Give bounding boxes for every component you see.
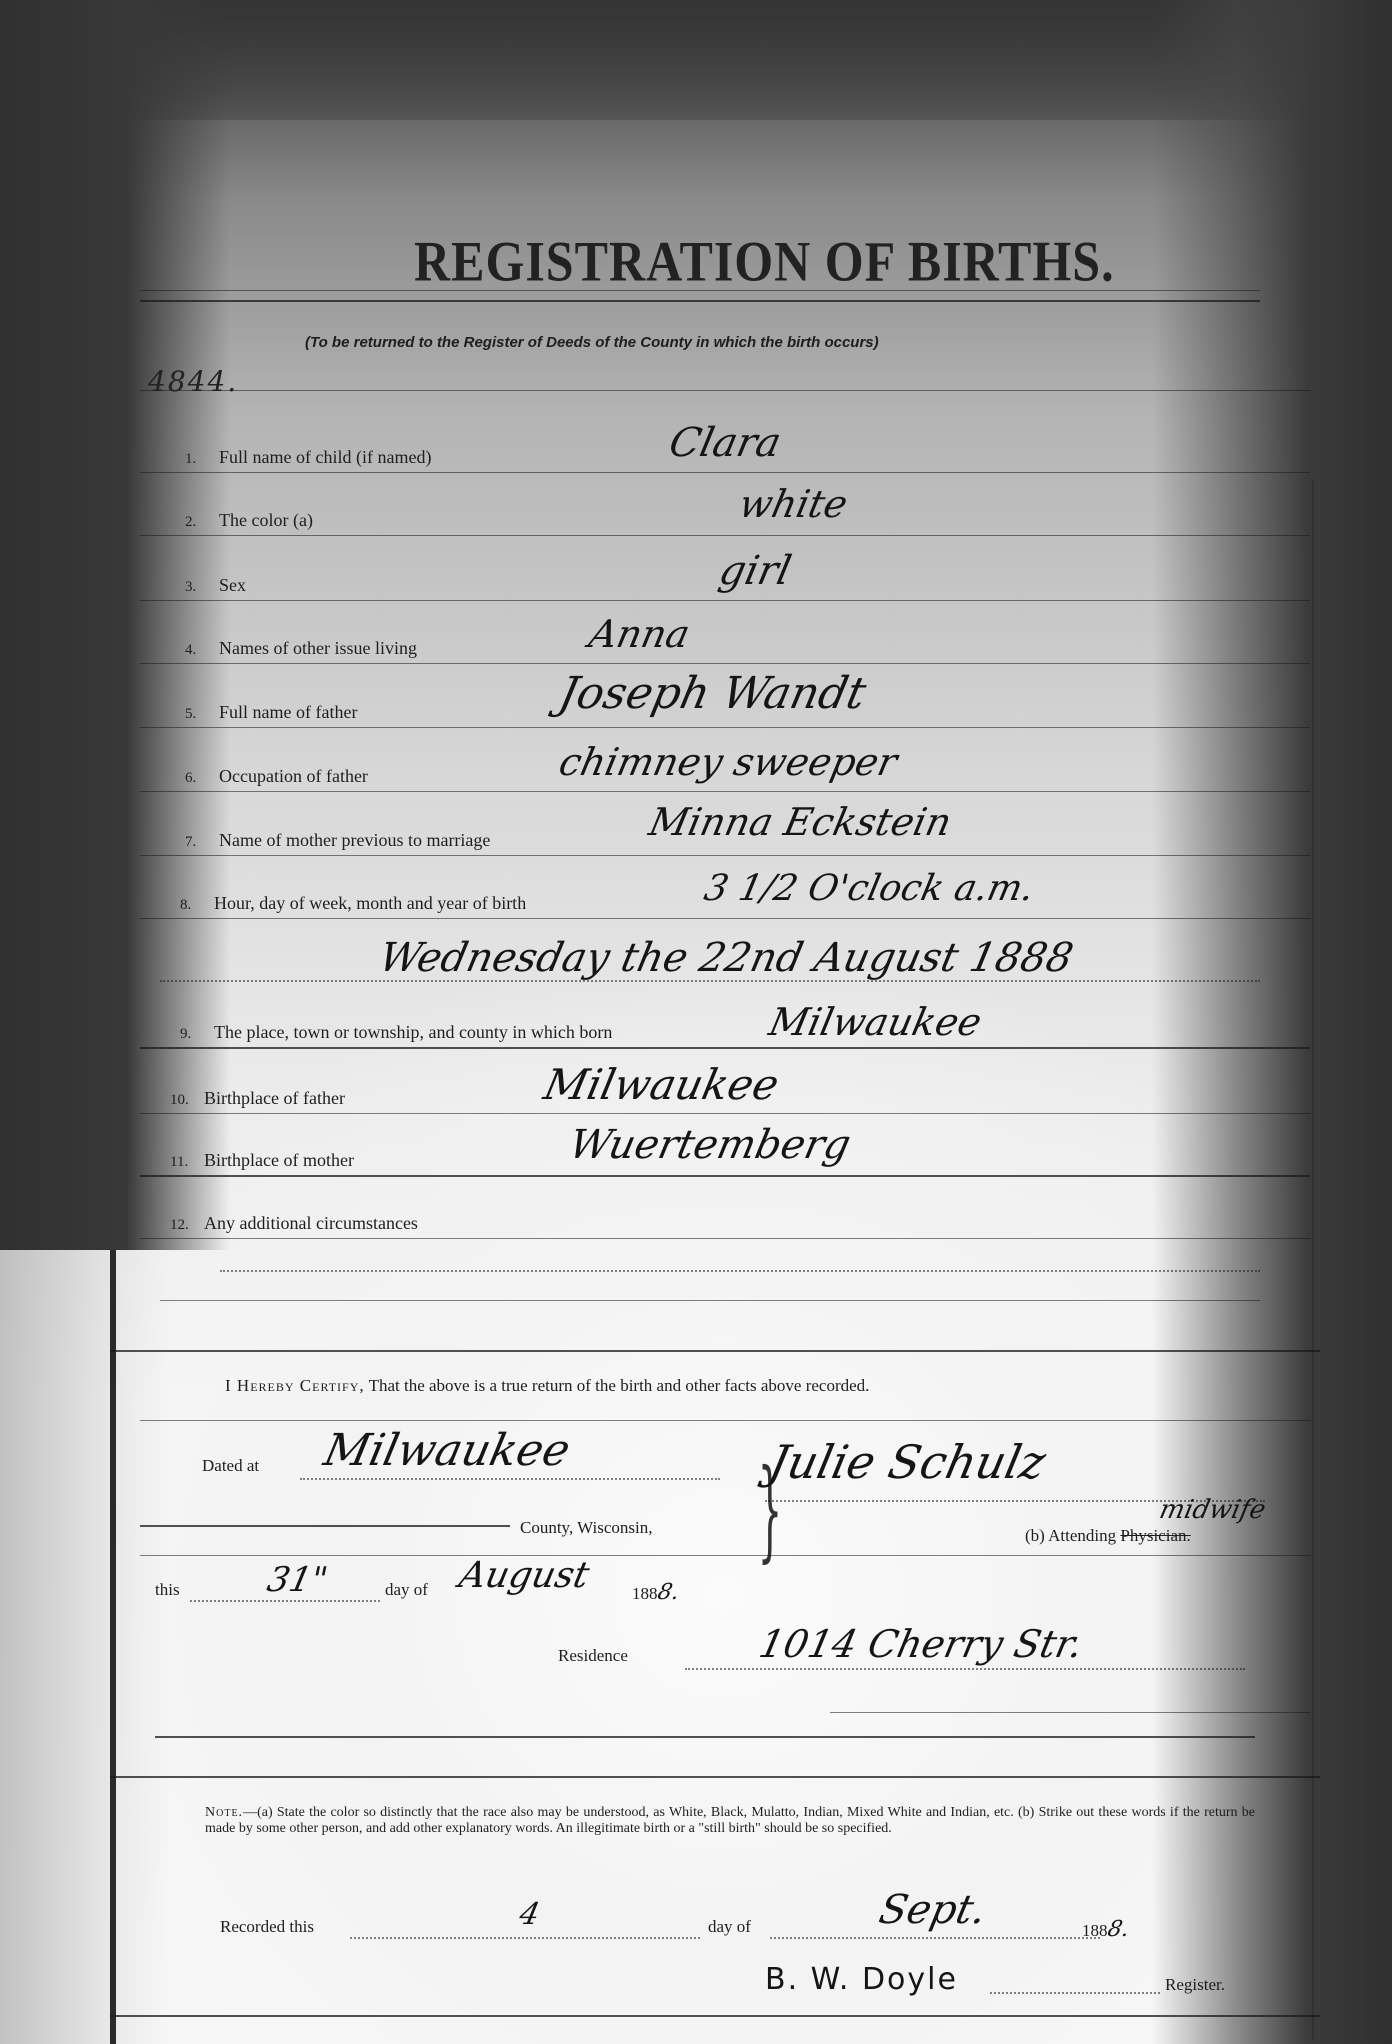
ruled-line: [830, 1712, 1310, 1713]
register-signature: B. W. Doyle: [765, 1962, 958, 1997]
attending-role: (b) Attending Physician.: [1025, 1526, 1191, 1546]
cert-month-value: August: [456, 1555, 593, 1596]
scan-shadow-left: [0, 0, 230, 1250]
margin-line: [1312, 480, 1314, 2040]
field-color: 2.The color (a): [185, 510, 313, 531]
field-child-name: 1.Full name of child (if named): [185, 447, 431, 468]
document-subtitle: (To be returned to the Register of Deeds…: [305, 334, 879, 351]
fold-line: [110, 1250, 116, 2044]
signature-attendant: Julie Schulz: [764, 1435, 1050, 1489]
ruled-line: [140, 535, 1310, 536]
value-birth-hour: 3 1/2 O'clock a.m.: [701, 868, 1038, 909]
footnote: Note.—(a) State the color so distinctly …: [205, 1805, 1255, 1837]
value-child-name: Clara: [665, 420, 785, 466]
ruled-line: [140, 1525, 510, 1527]
ruled-line: [140, 1238, 1310, 1239]
form-number: 4844.: [148, 365, 238, 398]
field-other-issue: 4.Names of other issue living: [185, 638, 417, 659]
dotted-line: [350, 1937, 700, 1939]
ruled-line: [160, 1300, 1260, 1301]
recorded-year: 1888.: [1082, 1917, 1129, 1942]
section-divider: [110, 1776, 1320, 1778]
this-label: this: [155, 1580, 180, 1600]
ruled-line: [140, 855, 1310, 856]
dotted-line: [190, 1600, 380, 1602]
field-father-name: 5.Full name of father: [185, 702, 357, 723]
field-mother-maiden-name: 7.Name of mother previous to marriage: [185, 830, 490, 851]
field-birth-place: 9.The place, town or township, and count…: [180, 1022, 612, 1043]
dotted-line: [160, 980, 1260, 982]
recorded-day-of-label: day of: [708, 1917, 751, 1937]
ruled-line: [140, 1113, 1310, 1114]
field-birth-time: 8.Hour, day of week, month and year of b…: [180, 893, 526, 914]
register-label: Register.: [1165, 1975, 1225, 1995]
day-of-label: day of: [385, 1580, 428, 1600]
value-father-occupation: chimney sweeper: [555, 740, 901, 784]
value-birth-date: Wednesday the 22nd August 1888: [375, 935, 1077, 981]
section-divider: [110, 1350, 1320, 1352]
ruled-line: [140, 1047, 1310, 1049]
recorded-label: Recorded this: [220, 1917, 314, 1937]
ruled-line: [140, 472, 1310, 473]
value-birth-place: Milwaukee: [765, 1000, 985, 1044]
field-father-birthplace: 10.Birthplace of father: [170, 1088, 345, 1109]
residence-label: Residence: [558, 1646, 628, 1666]
value-sex: girl: [715, 548, 795, 594]
scan-shadow-left-lower: [0, 1250, 170, 2044]
field-mother-birthplace: 11.Birthplace of mother: [170, 1150, 354, 1171]
value-father-name: Joseph Wandt: [555, 668, 871, 719]
county-label: County, Wisconsin,: [520, 1518, 653, 1538]
dated-at-label: Dated at: [202, 1456, 259, 1476]
value-father-birthplace: Milwaukee: [540, 1060, 783, 1109]
field-sex: 3.Sex: [185, 575, 246, 596]
ruled-line: [140, 1175, 1310, 1177]
ruled-line: [140, 1420, 1310, 1421]
header-rule: [140, 300, 1260, 302]
dotted-line: [990, 1992, 1160, 1994]
dotted-line: [770, 1937, 1100, 1939]
ruled-line: [140, 727, 1310, 728]
field-additional-circumstances: 12.Any additional circumstances: [170, 1213, 418, 1234]
section-divider: [110, 2015, 1320, 2017]
ruled-line: [140, 918, 1310, 919]
certification-statement: I Hereby Certify, That the above is a tr…: [225, 1376, 869, 1396]
ruled-line: [140, 600, 1310, 601]
cert-day-value: 31": [264, 1560, 331, 1600]
dotted-line: [220, 1270, 1260, 1272]
cert-year: 1888.: [632, 1580, 679, 1605]
ruled-line: [140, 663, 1310, 664]
ruled-line: [155, 1736, 1255, 1738]
ruled-line: [140, 1555, 1310, 1556]
value-mother-maiden-name: Minna Eckstein: [645, 800, 955, 844]
recorded-month-value: Sept.: [875, 1887, 990, 1933]
document-title: REGISTRATION OF BIRTHS.: [414, 228, 1115, 295]
value-other-issue: Anna: [585, 612, 693, 656]
role-written-midwife: midwife: [1157, 1495, 1269, 1525]
dotted-line: [300, 1478, 720, 1480]
residence-value: 1014 Cherry Str.: [755, 1622, 1086, 1666]
dated-at-value: Milwaukee: [320, 1425, 575, 1476]
field-father-occupation: 6.Occupation of father: [185, 766, 368, 787]
ruled-line: [140, 791, 1310, 792]
value-color: white: [735, 482, 851, 526]
value-mother-birthplace: Wuertemberg: [565, 1122, 855, 1168]
dotted-line: [685, 1668, 1245, 1670]
header-rule: [140, 390, 1310, 391]
